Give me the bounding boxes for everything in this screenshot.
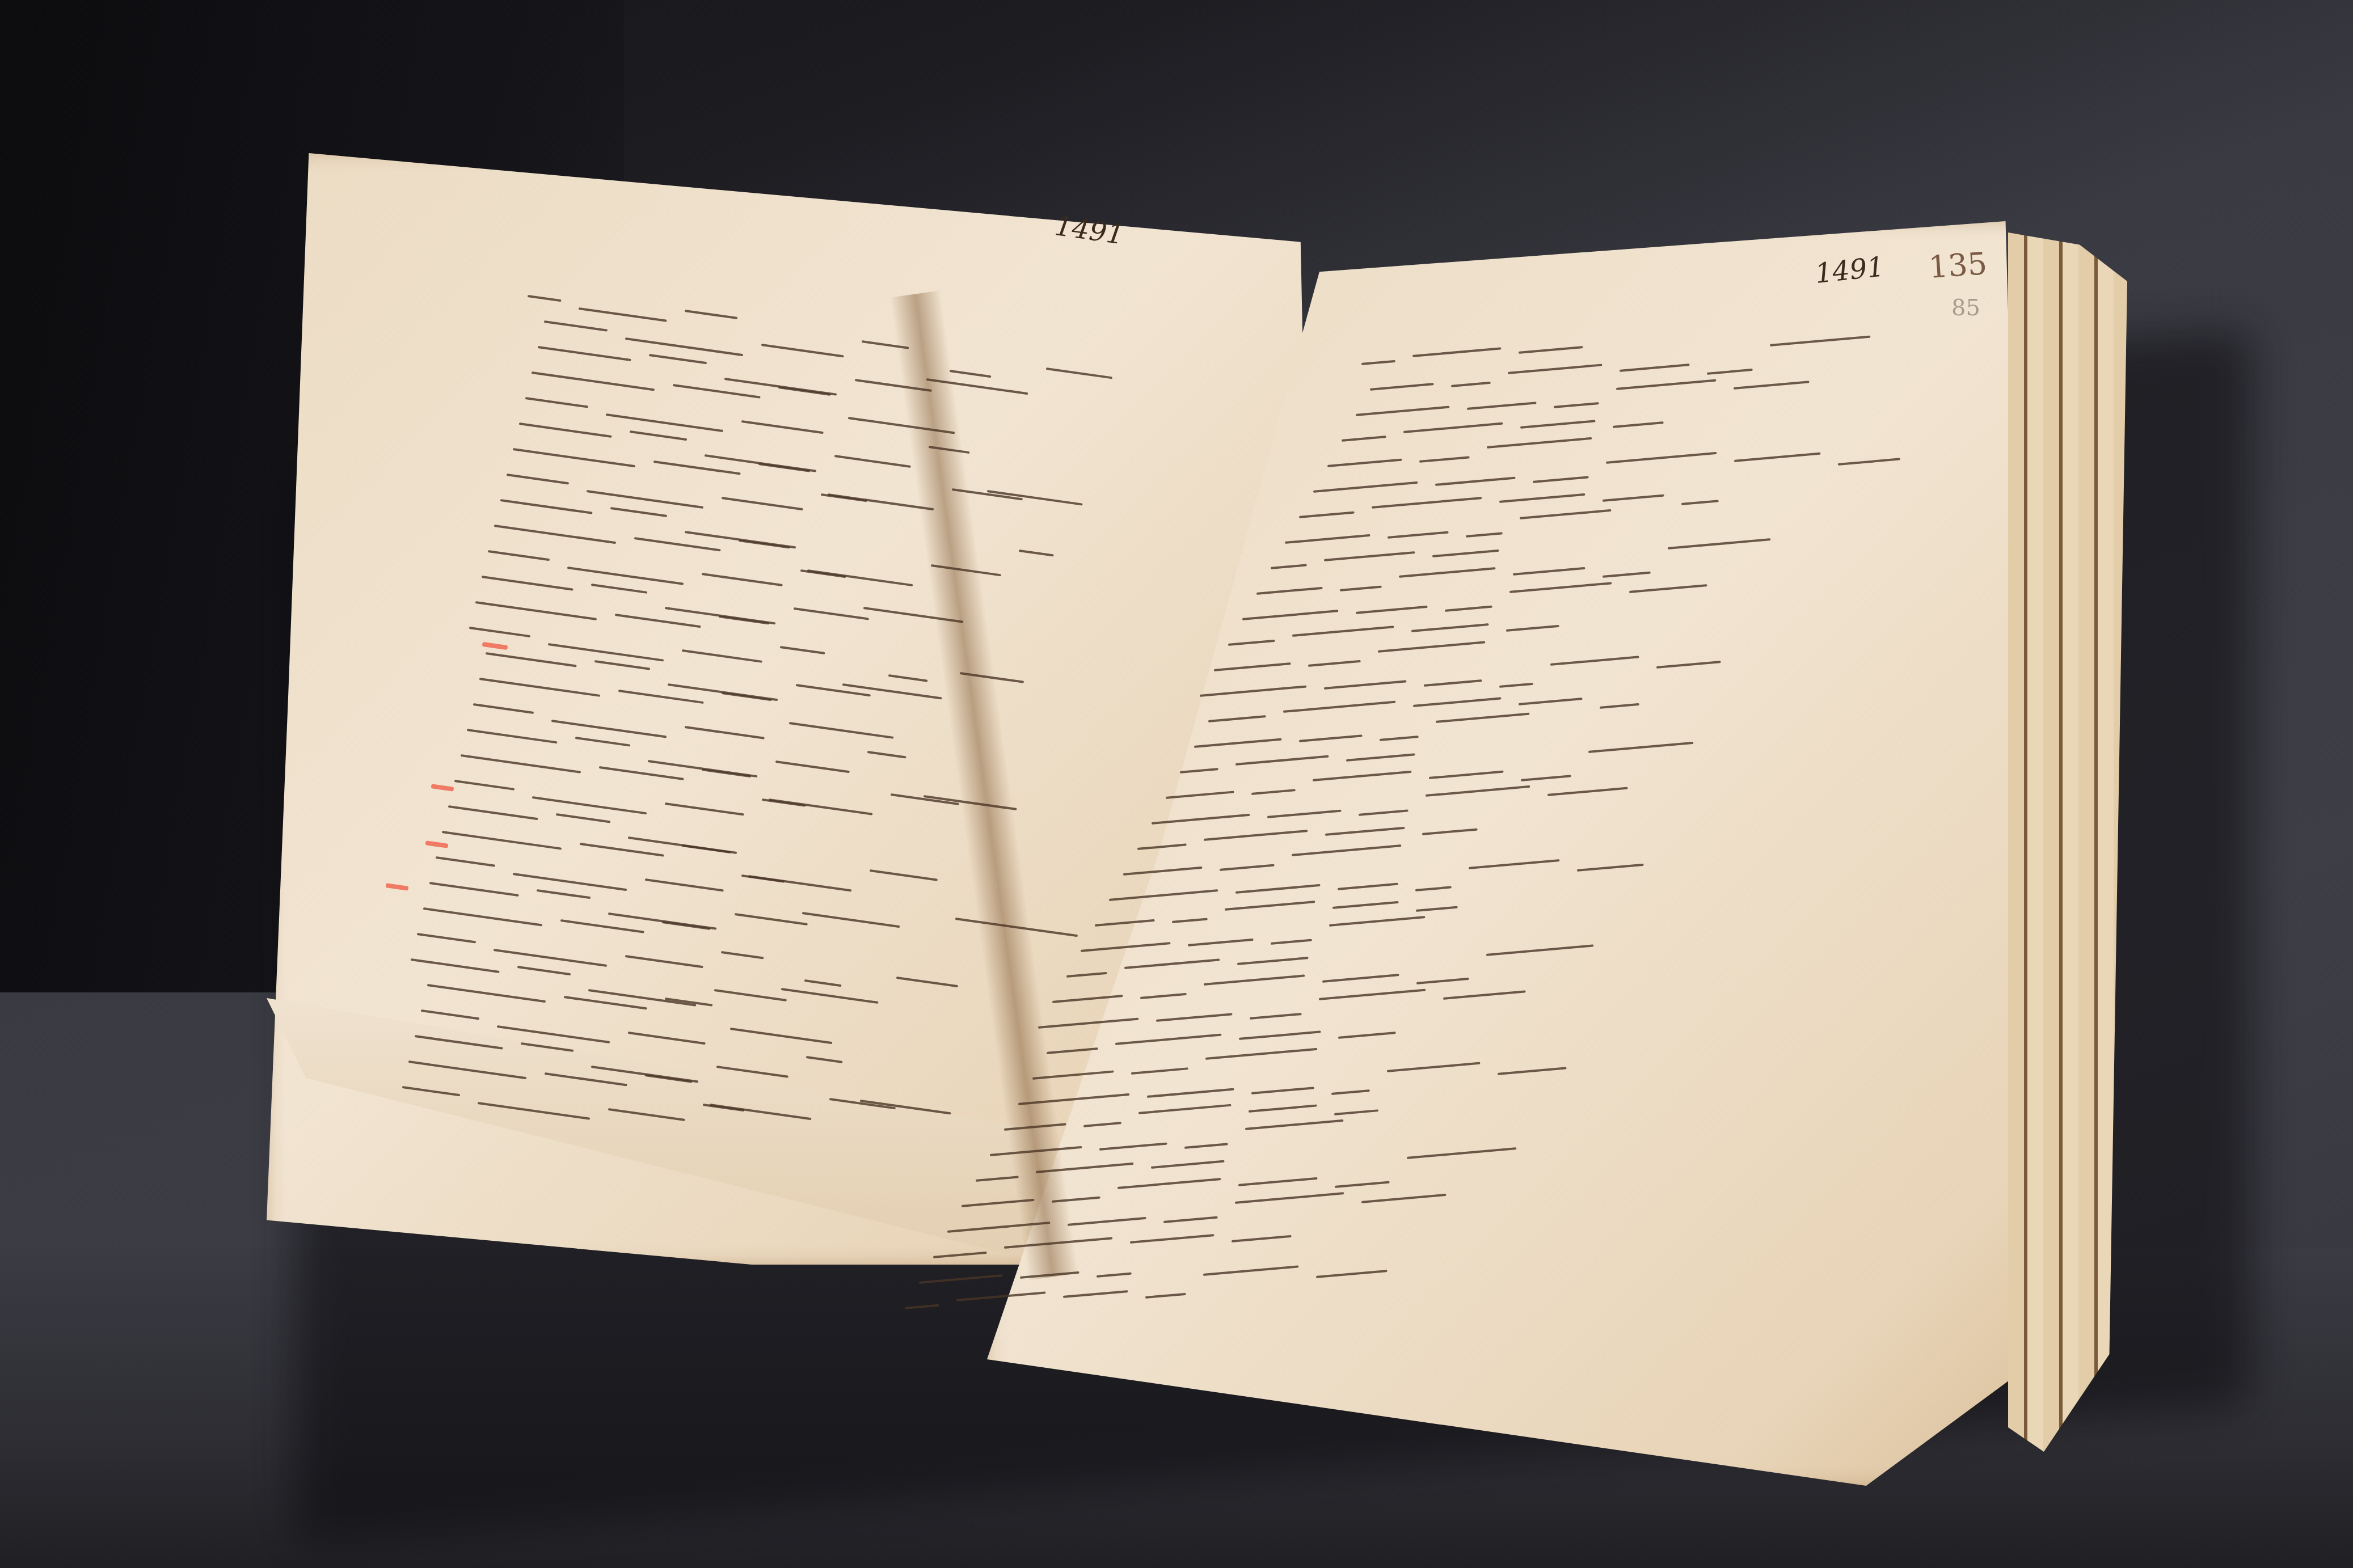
folio-number: 135	[1928, 246, 1988, 285]
page-edges	[2008, 233, 2127, 1452]
pencil-folio-number: 85	[1951, 295, 1980, 321]
